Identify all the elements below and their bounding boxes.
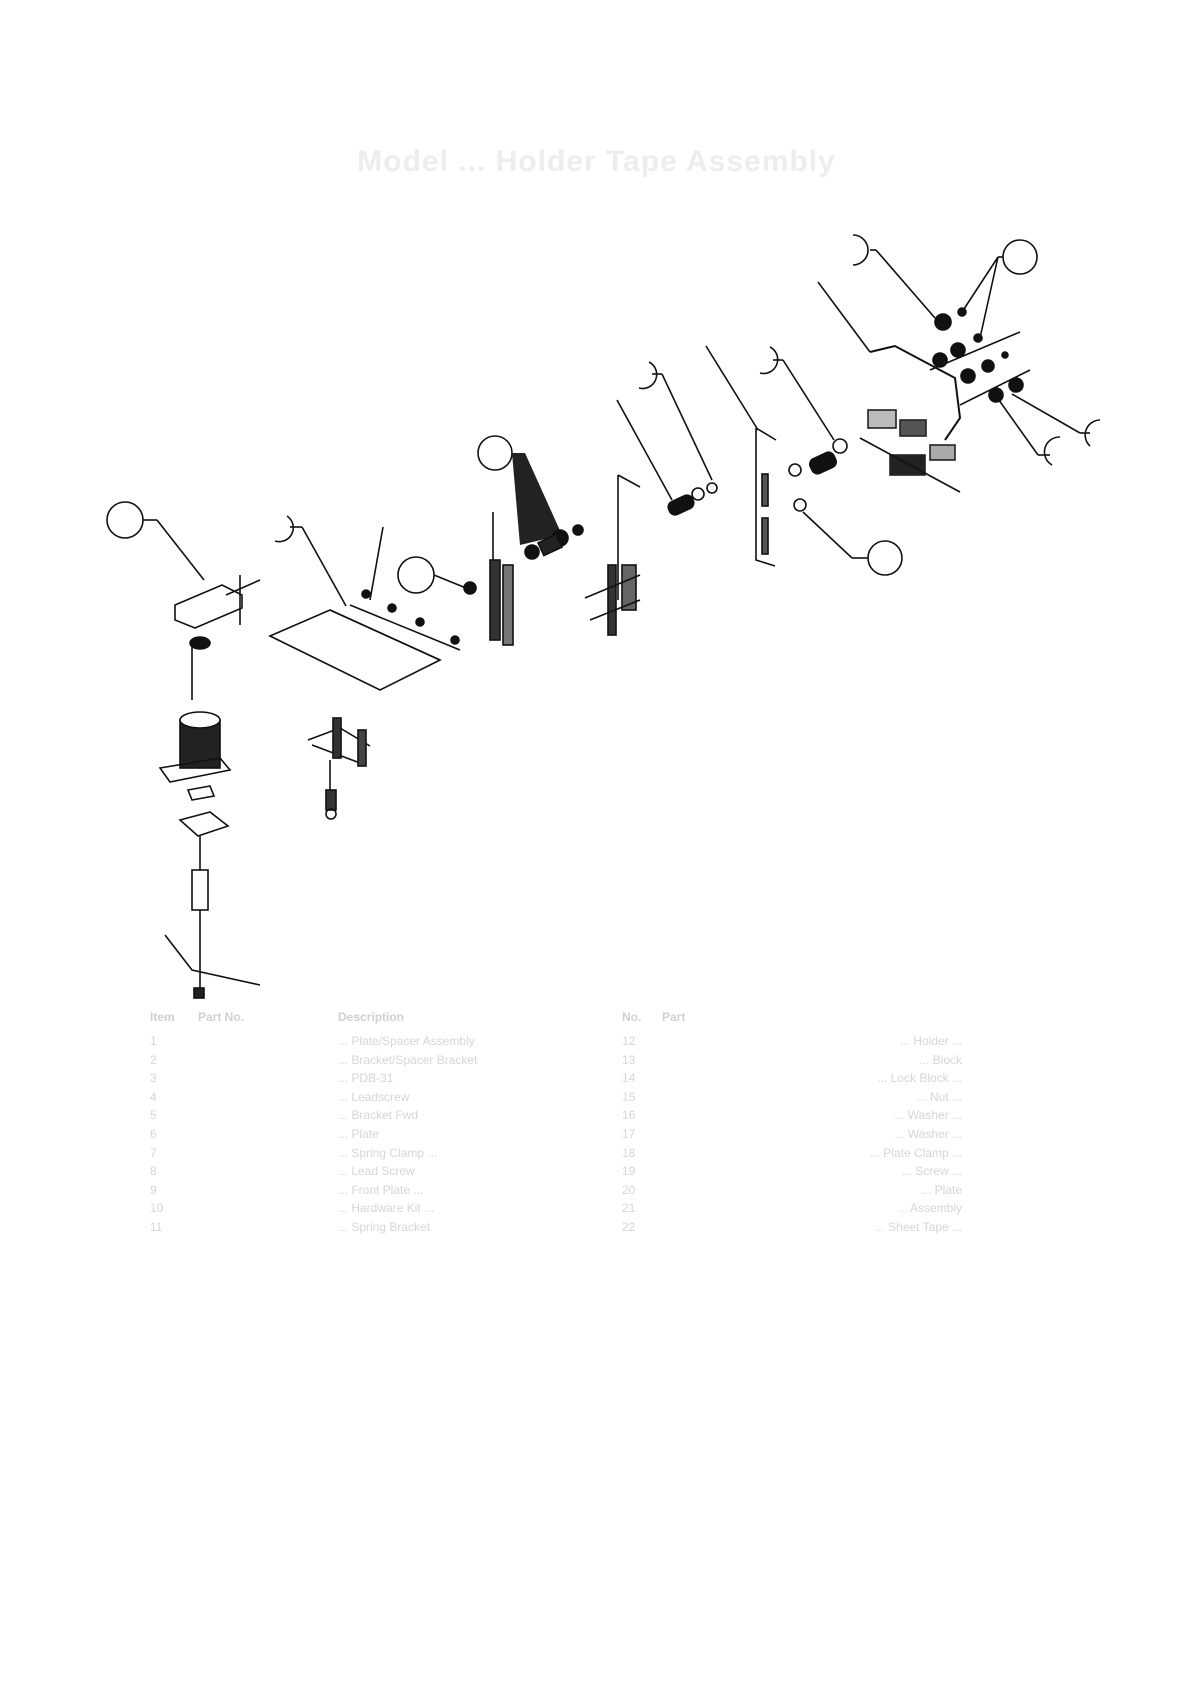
item-number: 21 xyxy=(622,1199,662,1218)
header-desc xyxy=(782,1010,962,1032)
part-number xyxy=(662,1144,782,1163)
header-part: Part No. xyxy=(198,1010,338,1032)
part-number xyxy=(662,1162,782,1181)
part-description: ... Washer ... xyxy=(782,1125,962,1144)
item-number: 1 xyxy=(150,1032,198,1051)
table-row: 17... Washer ... xyxy=(622,1125,962,1144)
table-row: 1... Plate/Spacer Assembly xyxy=(150,1032,570,1051)
table-row: 8... Lead Screw xyxy=(150,1162,570,1181)
item-number: 10 xyxy=(150,1199,198,1218)
item-number: 3 xyxy=(150,1069,198,1088)
item-number: 22 xyxy=(622,1218,662,1237)
item-number: 7 xyxy=(150,1144,198,1163)
part-description: ... PDB-31 xyxy=(338,1069,570,1088)
part-description: ... Spring Clamp ... xyxy=(338,1144,570,1163)
item-number: 9 xyxy=(150,1181,198,1200)
item-number: 4 xyxy=(150,1088,198,1107)
part-number xyxy=(662,1199,782,1218)
part-number xyxy=(198,1199,338,1218)
table-header: No. Part xyxy=(622,1010,962,1032)
item-number: 6 xyxy=(150,1125,198,1144)
part-description: ... Holder ... xyxy=(782,1032,962,1051)
part-description: ... Assembly xyxy=(782,1199,962,1218)
part-number xyxy=(662,1032,782,1051)
lower-bracket xyxy=(308,718,370,819)
part-description: ... Plate xyxy=(782,1181,962,1200)
page-title: Model ... Holder Tape Assembly xyxy=(0,145,1193,179)
table-row: 3... PDB-31 xyxy=(150,1069,570,1088)
table-row: 12... Holder ... xyxy=(622,1032,962,1051)
callout-circles xyxy=(107,235,1100,606)
table-row: 16... Washer ... xyxy=(622,1106,962,1125)
part-description: ... Plate Clamp ... xyxy=(782,1144,962,1163)
item-number: 8 xyxy=(150,1162,198,1181)
table-row: 18... Plate Clamp ... xyxy=(622,1144,962,1163)
table-row: 4... Leadscrew xyxy=(150,1088,570,1107)
table-row: 15... Nut ... xyxy=(622,1088,962,1107)
part-number xyxy=(198,1125,338,1144)
header-item: Item xyxy=(150,1010,198,1032)
part-description: ... Hardware Kit ... xyxy=(338,1199,570,1218)
item-number: 18 xyxy=(622,1144,662,1163)
table-row: 22... Sheet Tape ... xyxy=(622,1218,962,1237)
header-item: No. xyxy=(622,1010,662,1032)
part-number xyxy=(662,1106,782,1125)
table-row: 20... Plate xyxy=(622,1181,962,1200)
part-description: ... Block xyxy=(782,1051,962,1070)
part-number xyxy=(662,1181,782,1200)
spring-assembly-1 xyxy=(666,483,717,517)
item-number: 19 xyxy=(622,1162,662,1181)
item-number: 15 xyxy=(622,1088,662,1107)
part-number xyxy=(662,1069,782,1088)
part-description: ... Plate/Spacer Assembly xyxy=(338,1032,570,1051)
part-description: ... Sheet Tape ... xyxy=(782,1218,962,1237)
part-description: ... Bracket/Spacer Bracket xyxy=(338,1051,570,1070)
left-bracket xyxy=(175,585,242,628)
parts-list-right: No. Part 12... Holder ...13... Block14..… xyxy=(622,1010,962,1237)
exploded-parts-diagram xyxy=(0,200,1193,1000)
part-description: ... Nut ... xyxy=(782,1088,962,1107)
part-description: ... Front Plate ... xyxy=(338,1181,570,1200)
table-row: 2... Bracket/Spacer Bracket xyxy=(150,1051,570,1070)
part-description: ... Plate xyxy=(338,1125,570,1144)
header-part: Part xyxy=(662,1010,782,1032)
part-number xyxy=(198,1106,338,1125)
part-number xyxy=(198,1218,338,1237)
item-number: 16 xyxy=(622,1106,662,1125)
part-description: ... Leadscrew xyxy=(338,1088,570,1107)
part-number xyxy=(662,1218,782,1237)
part-description: ... Washer ... xyxy=(782,1106,962,1125)
part-description: ... Lock Block ... xyxy=(782,1069,962,1088)
item-number: 14 xyxy=(622,1069,662,1088)
part-number xyxy=(198,1162,338,1181)
spring-assembly-2 xyxy=(789,439,847,511)
nuts-and-washers xyxy=(933,308,1023,402)
item-number: 13 xyxy=(622,1051,662,1070)
table-row: 9... Front Plate ... xyxy=(150,1181,570,1200)
table-row: 19... Screw ... xyxy=(622,1162,962,1181)
table-row: 7... Spring Clamp ... xyxy=(150,1144,570,1163)
part-description: ... Spring Bracket xyxy=(338,1218,570,1237)
part-number xyxy=(198,1032,338,1051)
motor xyxy=(160,712,260,998)
part-description: ... Screw ... xyxy=(782,1162,962,1181)
part-description: ... Lead Screw xyxy=(338,1162,570,1181)
header-desc: Description xyxy=(338,1010,570,1032)
item-number: 20 xyxy=(622,1181,662,1200)
part-number xyxy=(662,1125,782,1144)
item-number: 5 xyxy=(150,1106,198,1125)
table-header: Item Part No. Description xyxy=(150,1010,570,1032)
part-number xyxy=(198,1088,338,1107)
table-row: 14... Lock Block ... xyxy=(622,1069,962,1088)
part-number xyxy=(198,1069,338,1088)
table-row: 13... Block xyxy=(622,1051,962,1070)
table-row: 10... Hardware Kit ... xyxy=(150,1199,570,1218)
table-row: 6... Plate xyxy=(150,1125,570,1144)
table-row: 21... Assembly xyxy=(622,1199,962,1218)
part-number xyxy=(198,1051,338,1070)
part-number xyxy=(198,1181,338,1200)
item-number: 2 xyxy=(150,1051,198,1070)
item-number: 17 xyxy=(622,1125,662,1144)
table-row: 5... Bracket Fwd xyxy=(150,1106,570,1125)
part-number xyxy=(662,1051,782,1070)
parts-list-left: Item Part No. Description 1... Plate/Spa… xyxy=(150,1010,570,1237)
item-number: 12 xyxy=(622,1032,662,1051)
part-description: ... Bracket Fwd xyxy=(338,1106,570,1125)
part-number xyxy=(662,1088,782,1107)
part-number xyxy=(198,1144,338,1163)
item-number: 11 xyxy=(150,1218,198,1237)
base-plate xyxy=(270,590,460,690)
table-row: 11... Spring Bracket xyxy=(150,1218,570,1237)
